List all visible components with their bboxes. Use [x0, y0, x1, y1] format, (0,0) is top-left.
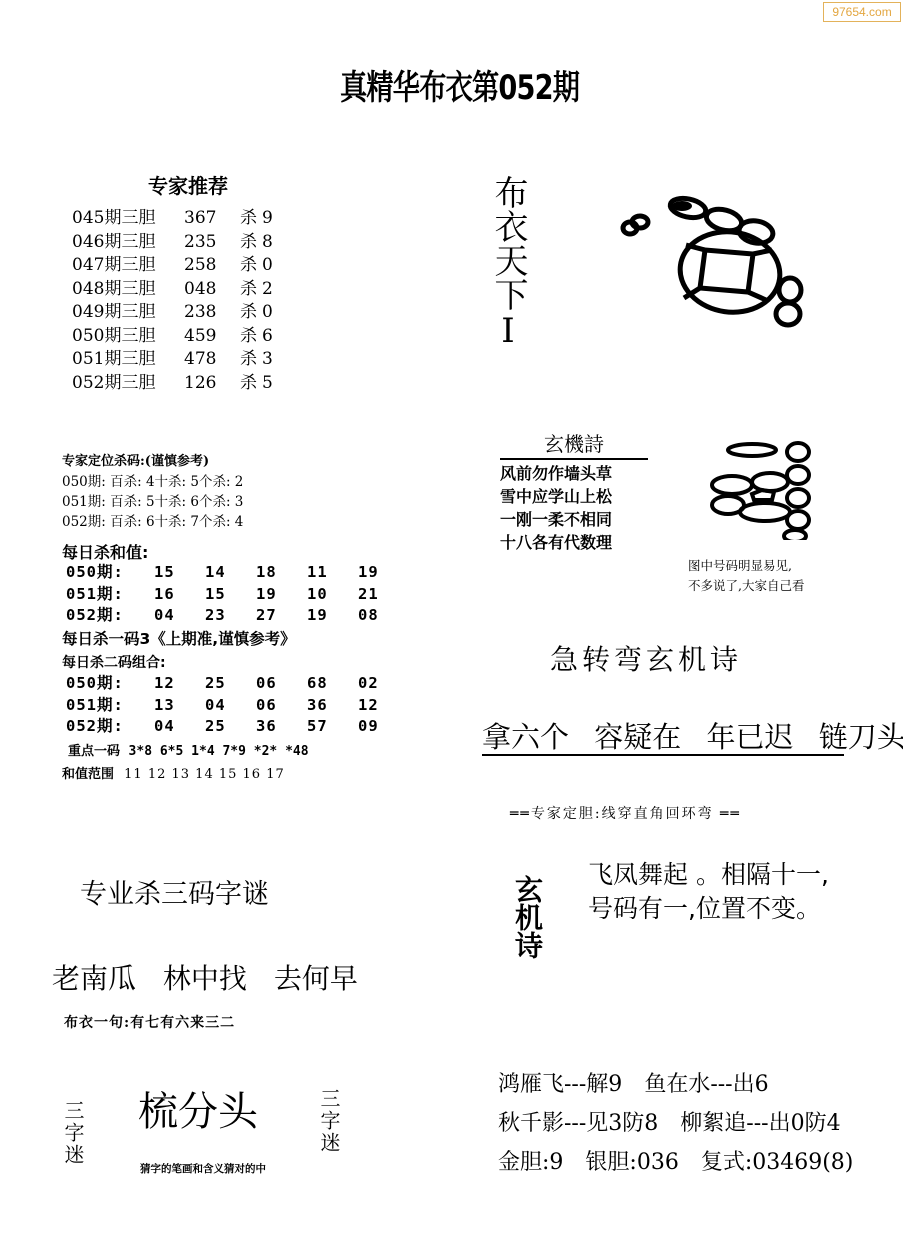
expert-row: 046期三胆235杀8	[72, 231, 273, 255]
sum-range-values: 11 12 13 14 15 16 17	[124, 767, 285, 782]
expert-dan-subtitle: ══专家定胆:线穿直角回环弯 ══	[510, 803, 741, 823]
page-title: 真精华布衣第052期	[340, 60, 532, 109]
position-kill-row: 051期: 百杀: 5十杀: 6个杀: 3	[62, 492, 243, 512]
sharp-turn-phrases: 拿六个 容疑在 年已迟 链刀头	[482, 720, 844, 756]
expert-row: 048期三胆048杀2	[72, 278, 273, 302]
picture-note: 图中号码明显易见, 不多说了,大家自己看	[688, 556, 804, 596]
table-row: 052期:0423271908	[66, 605, 409, 627]
table-row: 051期:1304063612	[66, 695, 409, 717]
table-row: 050期:1514181119	[66, 562, 409, 584]
xuanji-poem-title: 玄機詩	[500, 428, 648, 460]
poem-line: 十八各有代数理	[500, 531, 648, 554]
poem-line: 飞凤舞起 。相隔十一,	[588, 858, 829, 892]
expert-row: 049期三胆238杀0	[72, 301, 273, 325]
position-kill-block: 专家定位杀码:(谨慎参考) 050期: 百杀: 4十杀: 5个杀: 2 051期…	[62, 452, 243, 532]
daily-kill-two-title: 每日杀二码组合:	[62, 652, 166, 672]
phrase: 链刀头	[819, 720, 903, 754]
sharp-turn-title: 急转弯玄机诗	[550, 638, 742, 678]
riddle-word: 老南瓜	[52, 962, 136, 995]
phrase: 拿六个	[482, 720, 569, 754]
riddle-words: 老南瓜 林中找 去何早	[52, 957, 376, 997]
three-char-riddle-left: 三字迷	[62, 1100, 84, 1166]
phrase: 容疑在	[594, 720, 681, 754]
clue-list: 鸿雁飞---解9鱼在水---出6 秋千影---见3防8柳絮追---出0防4 金胆…	[498, 1065, 875, 1182]
key-code-label: 重点一码	[68, 744, 120, 759]
xuanji-shi-vertical: 玄机诗	[505, 875, 549, 959]
poem-line: 一刚一柔不相同	[500, 508, 648, 531]
expert-row: 051期三胆478杀3	[72, 348, 273, 372]
xuanji-poem: 玄機詩 风前勿作墙头草 雪中应学山上松 一刚一柔不相同 十八各有代数理	[500, 428, 648, 554]
sum-range-label: 和值范围	[62, 767, 114, 782]
riddle-word: 去何早	[274, 962, 358, 995]
daily-kill-two-table: 050期:1225066802 051期:1304063612 052期:042…	[66, 673, 409, 738]
expert-recommend-title: 专家推荐	[148, 170, 228, 199]
hand-drawn-number-picture-1	[620, 190, 810, 330]
riddle-word: 林中找	[163, 962, 247, 995]
poem-line: 风前勿作墙头草	[500, 462, 648, 485]
expert-row: 045期三胆367杀9	[72, 207, 273, 231]
daily-kill-one: 每日杀一码3《上期准,谨慎参考》	[62, 627, 296, 649]
phrase: 年已迟	[706, 720, 793, 754]
expert-row: 050期三胆459杀6	[72, 325, 273, 349]
poem-line: 雪中应学山上松	[500, 485, 648, 508]
buyi-line: 布衣一句:有七有六来三二	[64, 1012, 235, 1032]
poem-line: 号码有一,位置不变。	[588, 892, 829, 926]
table-row: 052期:0425365709	[66, 716, 409, 738]
expert-recommend-list: 045期三胆367杀9 046期三胆235杀8 047期三胆258杀0 048期…	[72, 207, 273, 395]
key-code-row: 重点一码 3*8 6*5 1*4 7*9 *2* *48	[68, 740, 309, 759]
daily-sum-kill-title: 每日杀和值:	[62, 540, 148, 563]
position-kill-row: 052期: 百杀: 6十杀: 7个杀: 4	[62, 512, 243, 532]
key-code-values: 3*8 6*5 1*4 7*9 *2* *48	[129, 744, 309, 759]
buyi-tianxia-vertical: 布衣天下I	[488, 175, 528, 351]
clue-row: 秋千影---见3防8柳絮追---出0防4	[498, 1104, 875, 1143]
hand-drawn-number-picture-2	[710, 440, 820, 540]
clue-row: 金胆:9银胆:036复式:03469(8)	[498, 1143, 875, 1182]
riddle-main-word: 梳分头	[138, 1080, 258, 1137]
sum-range-row: 和值范围 11 12 13 14 15 16 17	[62, 763, 285, 782]
site-watermark[interactable]: 97654.com	[823, 2, 901, 22]
daily-sum-kill-table: 050期:1514181119 051期:1615191021 052期:042…	[66, 562, 409, 627]
position-kill-title: 专家定位杀码:(谨慎参考)	[62, 452, 243, 472]
riddle-note: 猜字的笔画和含义猜对的中	[140, 1160, 280, 1178]
clue-row: 鸿雁飞---解9鱼在水---出6	[498, 1065, 875, 1104]
table-row: 051期:1615191021	[66, 584, 409, 606]
table-row: 050期:1225066802	[66, 673, 409, 695]
poem-two: 飞凤舞起 。相隔十一, 号码有一,位置不变。	[588, 858, 829, 926]
position-kill-row: 050期: 百杀: 4十杀: 5个杀: 2	[62, 472, 243, 492]
riddle-title: 专业杀三码字谜	[80, 872, 269, 911]
expert-row: 052期三胆126杀5	[72, 372, 273, 396]
expert-row: 047期三胆258杀0	[72, 254, 273, 278]
three-char-riddle-right: 三字迷	[318, 1088, 340, 1154]
